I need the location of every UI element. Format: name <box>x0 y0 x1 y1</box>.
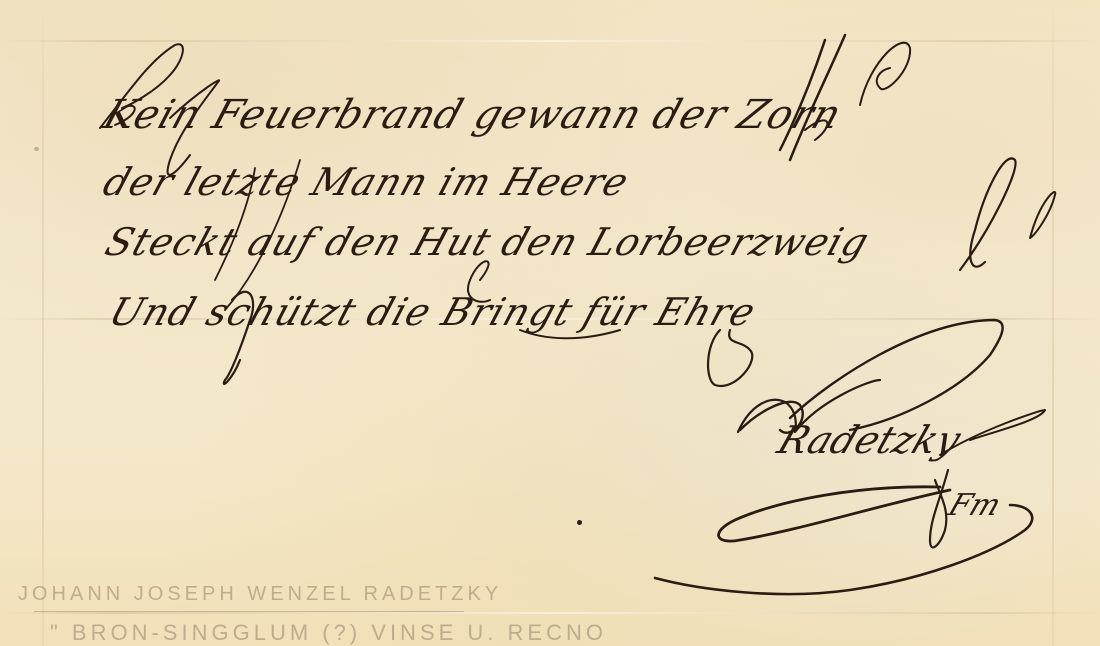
archival-note-underline <box>34 611 464 612</box>
archival-note-line-2: " BRON-SINGGLUM (?) VINSE U. RECNO <box>50 620 607 646</box>
verse-line-1: Kein Feuerbrand gewann der Zorn <box>98 92 848 138</box>
signature-name: Radetzky <box>772 418 967 462</box>
verse-line-2: der letzte Mann im Heere <box>98 160 635 204</box>
capital-e-flourish <box>708 330 752 386</box>
loop-right-line3 <box>960 158 1016 270</box>
paper-stain <box>34 147 39 151</box>
verse-line-3: Steckt auf den Hut den Lorbeerzweig <box>100 220 875 264</box>
s-loop-upper-right <box>860 43 910 105</box>
signature-vertical-stroke <box>930 470 948 547</box>
archival-note-line-1: JOHANN JOSEPH WENZEL RADETZKY <box>18 583 502 606</box>
ink-dot <box>577 520 582 525</box>
small-loop-far-right <box>1030 192 1055 238</box>
signature-top-loop <box>740 320 1003 433</box>
signature-lower-oval <box>719 487 950 541</box>
verse-line-4: Und schützt die Bringt für Ehre <box>104 290 762 334</box>
